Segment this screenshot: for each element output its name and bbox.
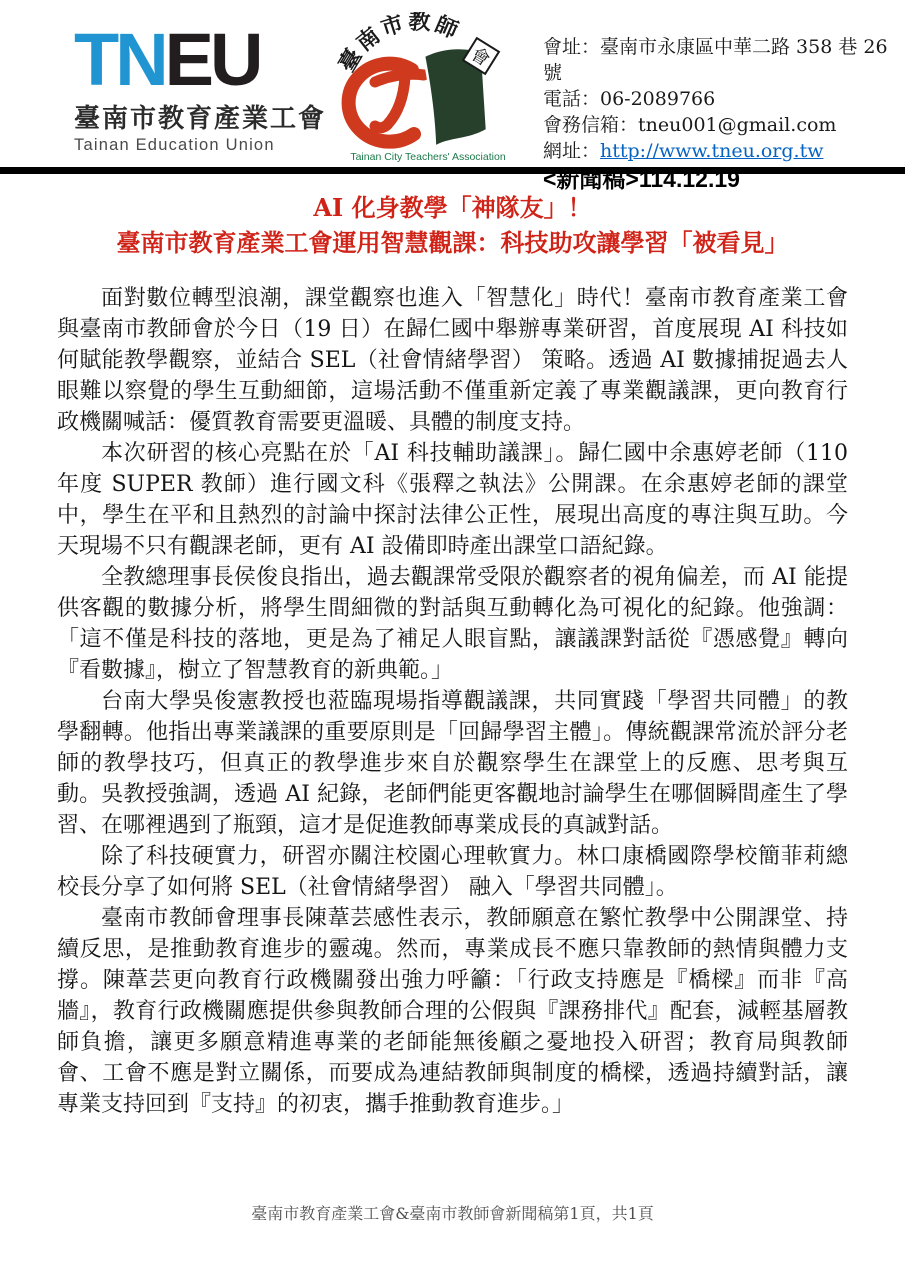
contact-phone: 電話：06-2089766 [543,86,903,112]
tneu-wordmark-tn: TN [74,18,165,101]
document-title: AI 化身教學「神隊友」！ 臺南市教育產業工會運用智慧觀課：科技助攻讓學習「被看… [57,190,848,260]
tcta-logo-graphic: 臺南市教師 會 Tainan City Teachers' Associatio… [328,12,520,166]
contact-address: 會址：臺南市永康區中華二路 358 巷 26 號 [543,34,903,86]
header-divider [0,167,905,174]
tneu-wordmark-eu: EU [165,18,260,101]
tneu-wordmark: TNEU [74,24,322,95]
website-link[interactable]: http://www.tneu.org.tw [600,140,823,162]
paragraph-6: 臺南市教師會理事長陳葦芸感性表示，教師願意在繁忙教學中公開課堂、持續反思，是推動… [57,903,848,1120]
paragraph-2: 本次研習的核心亮點在於「AI 科技輔助議課」。歸仁國中余惠婷老師（110 年度 … [57,438,848,562]
press-release-page: TNEU 臺南市教育產業工會 Tainan Education Union 臺南… [0,0,905,1280]
paragraph-3: 全教總理事長侯俊良指出，過去觀課常受限於觀察者的視角偏差，而 AI 能提供客觀的… [57,562,848,686]
tneu-english-name: Tainan Education Union [74,136,322,155]
contact-website-label: 網址： [543,140,600,162]
tcta-logo: 臺南市教師 會 Tainan City Teachers' Associatio… [328,12,520,170]
tneu-chinese-name: 臺南市教育產業工會 [74,98,322,135]
title-line-2: 臺南市教育產業工會運用智慧觀課：科技助攻讓學習「被看見」 [57,225,848,260]
paragraph-4: 台南大學吳俊憲教授也蒞臨現場指導觀議課，共同實踐「學習共同體」的教學翻轉。他指出… [57,686,848,841]
page-footer: 臺南市教育產業工會&臺南市教師會新聞稿第1頁，共1頁 [0,1201,905,1224]
paragraph-1: 面對數位轉型浪潮，課堂觀察也進入「智慧化」時代！臺南市教育產業工會與臺南市教師會… [57,283,848,438]
title-line-1: AI 化身教學「神隊友」！ [57,190,848,225]
press-release-body: 面對數位轉型浪潮，課堂觀察也進入「智慧化」時代！臺南市教育產業工會與臺南市教師會… [57,283,848,1120]
tcta-caption: Tainan City Teachers' Association [350,151,505,163]
tneu-logo: TNEU 臺南市教育產業工會 Tainan Education Union [74,24,322,155]
contact-website-line: 網址：http://www.tneu.org.tw [543,138,903,164]
contact-email: 會務信箱：tneu001@gmail.com [543,112,903,138]
paragraph-5: 除了科技硬實力，研習亦關注校園心理軟實力。林口康橋國際學校簡菲莉總校長分享了如何… [57,841,848,903]
